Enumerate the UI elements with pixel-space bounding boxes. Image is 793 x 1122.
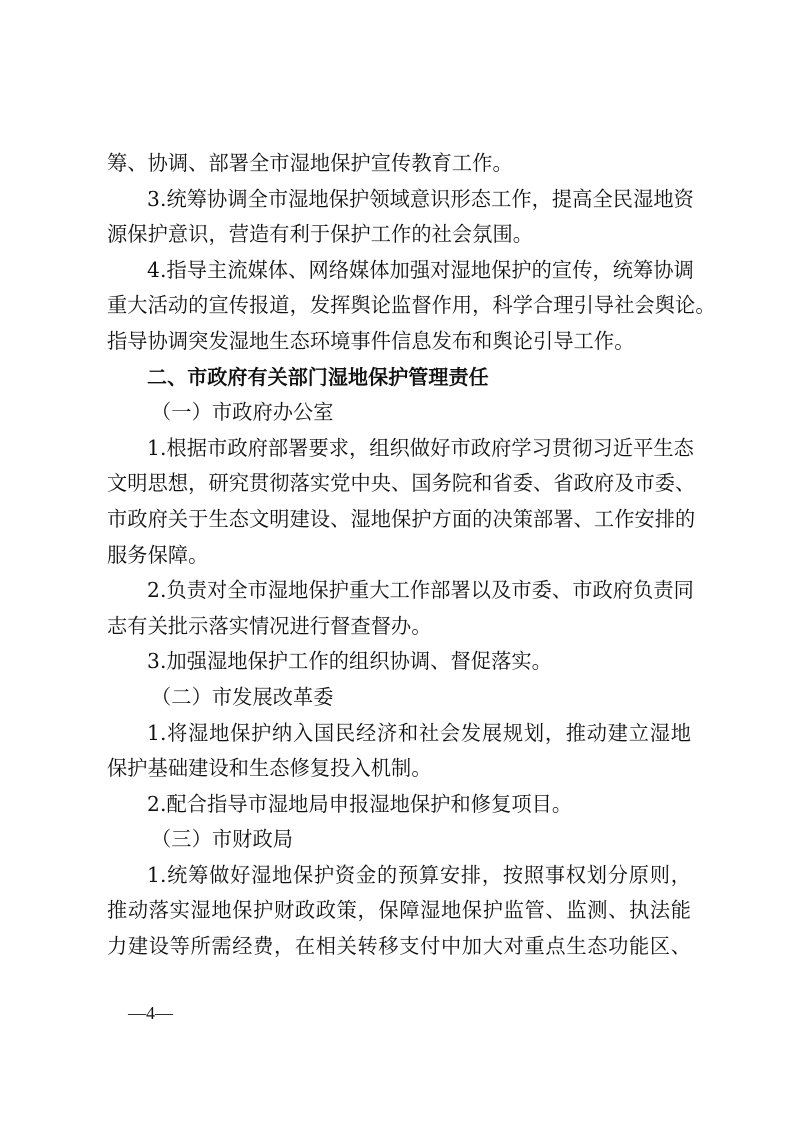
paragraph-line: 1.将湿地保护纳入国民经济和社会发展规划，推动建立湿地 (107, 716, 691, 752)
paragraph-line: 保护基础建设和生态修复投入机制。 (107, 751, 691, 787)
paragraph-line: 筹、协调、部署全市湿地保护宣传教育工作。 (107, 146, 691, 182)
paragraph-line: 力建设等所需经费，在相关转移支付中加大对重点生态功能区、 (107, 929, 691, 965)
paragraph-line: 指导协调突发湿地生态环境事件信息发布和舆论引导工作。 (107, 324, 691, 360)
paragraph-line: 市政府关于生态文明建设、湿地保护方面的决策部署、工作安排的 (107, 502, 691, 538)
paragraph-line: 3.统筹协调全市湿地保护领域意识形态工作，提高全民湿地资 (107, 182, 691, 218)
document-body: 筹、协调、部署全市湿地保护宣传教育工作。 3.统筹协调全市湿地保护领域意识形态工… (107, 146, 691, 965)
paragraph-line: 源保护意识，营造有利于保护工作的社会氛围。 (107, 217, 691, 253)
paragraph-line: 2.配合指导市湿地局申报湿地保护和修复项目。 (107, 787, 691, 823)
subsection-heading: （二）市发展改革委 (107, 680, 691, 716)
page-number: —4— (128, 1003, 173, 1024)
paragraph-line: 服务保障。 (107, 538, 691, 574)
paragraph-line: 文明思想，研究贯彻落实党中央、国务院和省委、省政府及市委、 (107, 466, 691, 502)
subsection-heading: （三）市财政局 (107, 822, 691, 858)
subsection-heading: （一）市政府办公室 (107, 395, 691, 431)
paragraph-line: 1.统筹做好湿地保护资金的预算安排，按照事权划分原则， (107, 858, 691, 894)
paragraph-line: 3.加强湿地保护工作的组织协调、督促落实。 (107, 644, 691, 680)
paragraph-line: 志有关批示落实情况进行督查督办。 (107, 609, 691, 645)
paragraph-line: 4.指导主流媒体、网络媒体加强对湿地保护的宣传，统筹协调 (107, 253, 691, 289)
document-page: 筹、协调、部署全市湿地保护宣传教育工作。 3.统筹协调全市湿地保护领域意识形态工… (0, 0, 793, 1122)
paragraph-line: 2.负责对全市湿地保护重大工作部署以及市委、市政府负责同 (107, 573, 691, 609)
paragraph-line: 重大活动的宣传报道，发挥舆论监督作用，科学合理引导社会舆论。 (107, 288, 691, 324)
section-heading: 二、市政府有关部门湿地保护管理责任 (107, 360, 691, 396)
paragraph-line: 1.根据市政府部署要求，组织做好市政府学习贯彻习近平生态 (107, 431, 691, 467)
paragraph-line: 推动落实湿地保护财政政策，保障湿地保护监管、监测、执法能 (107, 893, 691, 929)
